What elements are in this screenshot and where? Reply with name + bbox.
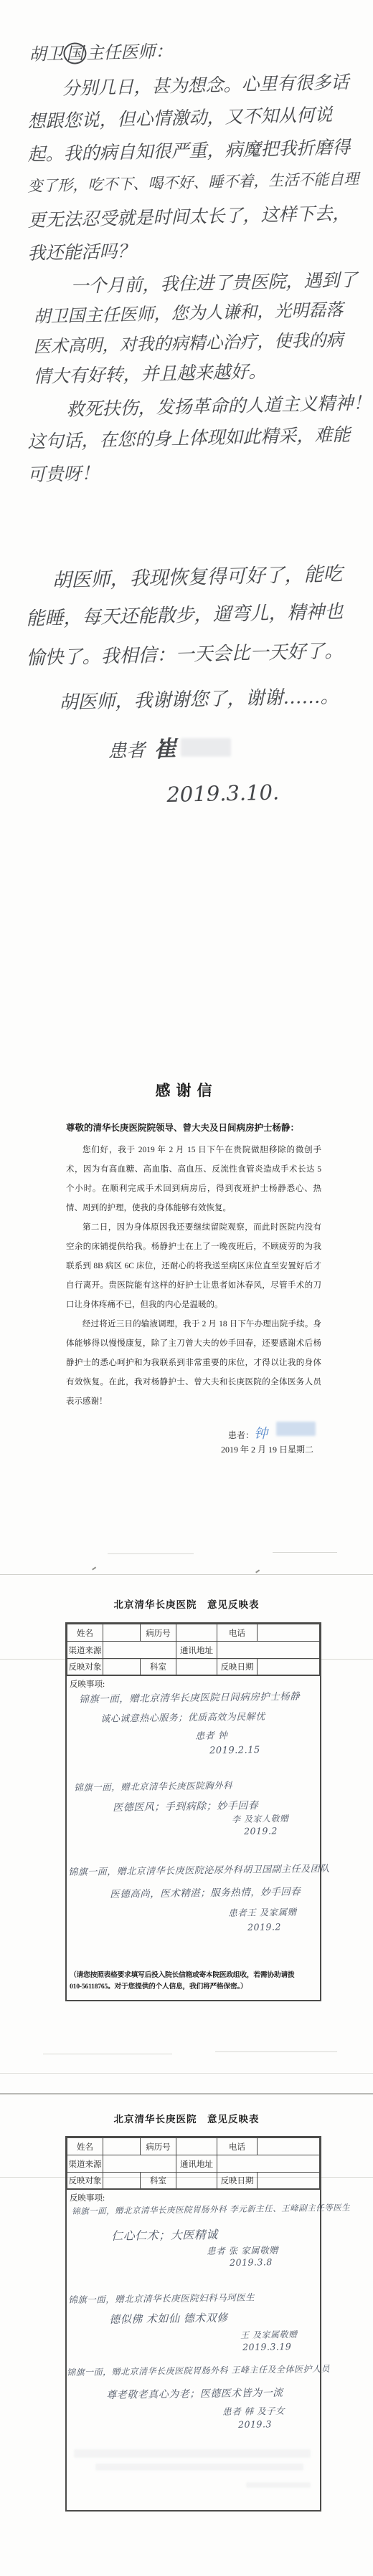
bleed-through-artifact	[95, 2464, 303, 2471]
scan-artifact-line	[0, 2093, 373, 2094]
form-entry-date: 2019.2	[244, 1825, 278, 1837]
field-label-department: 科室	[141, 1659, 176, 1675]
field-label-record-no: 病历号	[141, 2138, 176, 2155]
form-entry-line: 锦旗一面，赠北京清华长庚医院泌尿外科胡卫国副主任及团队	[68, 1861, 330, 1878]
scan-artifact-tick	[255, 1569, 260, 1573]
form-entry-date: 2019.3.8	[230, 2256, 273, 2268]
field-label-address: 通讯地址	[176, 2155, 217, 2173]
scan-artifact-line	[108, 1553, 194, 1554]
form-header-table: 姓名 病历号 电话 渠道来源 通讯地址 反映对象 科室	[67, 2137, 320, 2189]
field-label-address: 通讯地址	[176, 1642, 217, 1659]
form-entry-signer: 李 及家人敬赠	[232, 1812, 289, 1825]
letter-line: 可贵呀！	[27, 459, 100, 487]
form-entry-date: 2019.2	[247, 1921, 281, 1933]
form-entry-line: 锦旗一面，赠北京清华长庚医院胸外科	[74, 1778, 232, 1794]
form-entry-line: 医德医风；手到病除；妙手回春	[113, 1798, 258, 1814]
salutation-suffix: 主任医师：	[86, 41, 173, 63]
field-value-address	[217, 1642, 320, 1659]
field-value-target	[103, 1659, 141, 1675]
field-value-address	[217, 2155, 320, 2173]
field-value-name	[103, 2138, 141, 2155]
form-box: 姓名 病历号 电话 渠道来源 通讯地址 反映对象 科室	[65, 1622, 321, 2001]
letter-line: 救死扶伤，发扬革命的人道主义精神！	[66, 388, 372, 421]
letter-line: 分别几日，甚为想念。心里有很多话	[62, 68, 349, 100]
bleed-through-artifact	[74, 2449, 311, 2458]
printed-letter-signature: 患者：钟	[228, 1423, 268, 1442]
form-entry-line: 锦旗一面，赠北京清华长庚医院妇科马珂医生	[68, 2290, 255, 2306]
field-value-channel	[103, 1642, 176, 1659]
letter-line: 起。我的病自知很严重，病魔把我折磨得	[27, 133, 351, 166]
letter-line: 能睡，每天还能散步，遛弯儿，精神也	[26, 597, 344, 631]
letter-line: 愉快了。我相信：一天会比一天好了。	[26, 636, 344, 670]
form-entry-line: 诚心诚意热心服务；优质高效为民解忧	[100, 1709, 265, 1725]
form-entry-line: 仁心仁术；大医精诚	[111, 2226, 218, 2244]
scan-artifact-line	[0, 1574, 373, 1575]
field-value-phone	[258, 2138, 320, 2155]
form-entry-line: 德似佛 术如仙 德术双修	[109, 2310, 228, 2327]
printed-letter-greeting: 尊敬的清华长庚医院院领导、曾大夫及日间病房护士杨静：	[66, 1121, 299, 1134]
footnote-line: 010-56118765。对于您提供的个人信息，我们将严格保密。）	[70, 1981, 294, 1993]
faded-signature-smudge	[276, 1422, 316, 1436]
field-value-target	[103, 2173, 141, 2189]
paragraph: 您们好，我于 2019 年 2 月 15 日下午在贵院做胆移除的微创手术，因为有…	[66, 1141, 321, 1218]
letter-line: 这句话，在您的身上体现如此精采，难能	[27, 421, 351, 454]
form-title: 北京清华长庚医院 意见反映表	[0, 2111, 373, 2125]
field-value-phone	[258, 1624, 320, 1642]
field-label-target: 反映对象	[67, 2173, 103, 2189]
field-label-record-no: 病历号	[141, 1624, 176, 1642]
faded-name-smudge	[181, 738, 231, 757]
items-section-label: 反映事项:	[70, 1678, 105, 1690]
form-box: 姓名 病历号 电话 渠道来源 通讯地址 反映对象 科室	[65, 2136, 321, 2512]
field-label-feedback-date: 反映日期	[217, 1659, 258, 1675]
scanned-document-page: 胡卫国主任医师： 分别几日，甚为想念。心里有很多话 想跟您说，但心情激动，又不知…	[0, 0, 373, 2576]
field-value-department	[176, 1659, 217, 1675]
field-label-channel: 渠道来源	[67, 1642, 103, 1659]
bleed-through-artifact	[246, 2482, 311, 2488]
signer-handwritten-name: 钟	[254, 1426, 268, 1442]
scan-artifact-line	[0, 2073, 373, 2074]
form-entry-line: 锦旗一面，赠北京清华长庚医院日间病房护士杨静	[79, 1688, 300, 1705]
letter-signer-label: 患者	[108, 736, 146, 763]
field-value-channel	[103, 2155, 176, 2173]
field-value-record-no	[176, 2138, 217, 2155]
letter-line: 情大有好转，并且越来越好。	[33, 358, 267, 388]
letter-line: 胡卫国主任医师，您为人谦和，光明磊落	[33, 295, 344, 327]
signer-label: 患者：	[228, 1430, 254, 1440]
field-label-target: 反映对象	[67, 1659, 103, 1675]
field-label-channel: 渠道来源	[67, 2155, 103, 2173]
form-items-area: 反映事项: 锦旗一面，赠北京清华长庚医院胃肠外科 李元新主任、王峰副主任等医生 …	[67, 2189, 320, 2510]
field-label-department: 科室	[141, 2173, 176, 2189]
form-entry-line: 锦旗一面，赠北京清华长庚医院胃肠外科 王峰主任及全体医护人员	[67, 2362, 330, 2378]
form-entry-date: 2019.3	[238, 2418, 272, 2430]
form-entry-signer: 患者王 及家属赠	[228, 1905, 297, 1919]
form-entry-date: 2019.3.19	[242, 2341, 291, 2352]
field-value-feedback-date	[258, 1659, 320, 1675]
letter-line: 更无法忍受就是时间太长了，这样下去，	[27, 199, 351, 232]
form-entry-line: 锦旗一面，赠北京清华长庚医院胃肠外科 李元新主任、王峰副主任等医生	[72, 2202, 350, 2217]
printed-letter-date: 2019 年 2 月 19 日星期二	[221, 1443, 313, 1455]
form-entry-signer: 王 及家属敬赠	[240, 2328, 298, 2341]
footnote-line: （请您按照表格要求填写后投入院长信箱或寄本院医政组收，若需协助请拨	[70, 1970, 294, 1981]
scan-artifact-line	[273, 1552, 337, 1553]
form-entry-line: 尊老敬老真心为老；医德医术皆为一流	[106, 2385, 283, 2402]
items-section-label: 反映事项:	[70, 2192, 105, 2203]
scan-artifact-line	[43, 2054, 172, 2054]
letter-salutation: 胡卫国主任医师：	[29, 37, 173, 65]
scan-artifact-tick	[92, 1566, 96, 1570]
form-entry-signer: 患者 张 家属敬赠	[207, 2244, 278, 2257]
letter-line: 想跟您说，但心情激动，又不知从何说	[27, 100, 333, 133]
letter-line: 医术高明，对我的病精心治疗，使我的病	[33, 325, 344, 358]
form-entry-line: 医德高尚，医术精湛；服务热情，妙手回春	[110, 1883, 301, 1900]
printed-letter-body: 您们好，我于 2019 年 2 月 15 日下午在贵院做胆移除的微创手术，因为有…	[66, 1141, 321, 1412]
letter-line: 胡医师，我谢谢您了，谢谢……。	[59, 681, 339, 714]
letter-line: 我还能活吗？	[27, 237, 136, 265]
printed-letter-title: 感谢信	[0, 1079, 373, 1101]
paragraph: 第二日，因为身体原因我还要继续留院观察，而此时医院内没有空余的床铺提供给我。杨静…	[66, 1218, 321, 1315]
field-label-feedback-date: 反映日期	[217, 2173, 258, 2189]
letter-signer-name: 崔	[154, 730, 176, 763]
salutation-prefix: 胡卫	[29, 44, 64, 64]
letter-line: 胡医师，我现恢复得可好了，能吃	[52, 558, 343, 593]
letter-line: 变了形，吃不下、喝不好、睡不着，生活不能自理	[27, 168, 359, 196]
form-title: 北京清华长庚医院 意见反映表	[0, 1596, 373, 1611]
form-entry-date: 2019.2.15	[209, 1745, 260, 1756]
form-footnote: （请您按照表格要求填写后投入院长信箱或寄本院医政组收，若需协助请拨 010-56…	[70, 1970, 294, 1992]
field-label-name: 姓名	[67, 1624, 103, 1642]
field-value-name	[103, 1624, 141, 1642]
form-header-table: 姓名 病历号 电话 渠道来源 通讯地址 反映对象 科室	[67, 1624, 320, 1675]
field-value-record-no	[176, 1624, 217, 1642]
field-value-department	[176, 2173, 217, 2189]
form-items-area: 反映事项: 锦旗一面，赠北京清华长庚医院日间病房护士杨静 诚心诚意热心服务；优质…	[67, 1675, 320, 2000]
form-entry-signer: 患者 钟	[195, 1728, 227, 1742]
field-label-name: 姓名	[67, 2138, 103, 2155]
field-label-phone: 电话	[217, 2138, 258, 2155]
field-label-phone: 电话	[217, 1624, 258, 1642]
circled-character: 国	[63, 42, 87, 64]
field-value-feedback-date	[258, 2173, 320, 2189]
form-entry-signer: 患者 韩 及子女	[222, 2404, 285, 2418]
letter-date: 2019.3.10.	[166, 780, 280, 807]
paragraph: 经过将近三日的输液调理，我于 2 月 18 日下午办理出院手续。身体能够得以慢慢…	[66, 1315, 321, 1412]
letter-line: 一个月前，我住进了贵医院，遇到了	[70, 266, 358, 298]
scan-artifact-line	[215, 2051, 337, 2052]
